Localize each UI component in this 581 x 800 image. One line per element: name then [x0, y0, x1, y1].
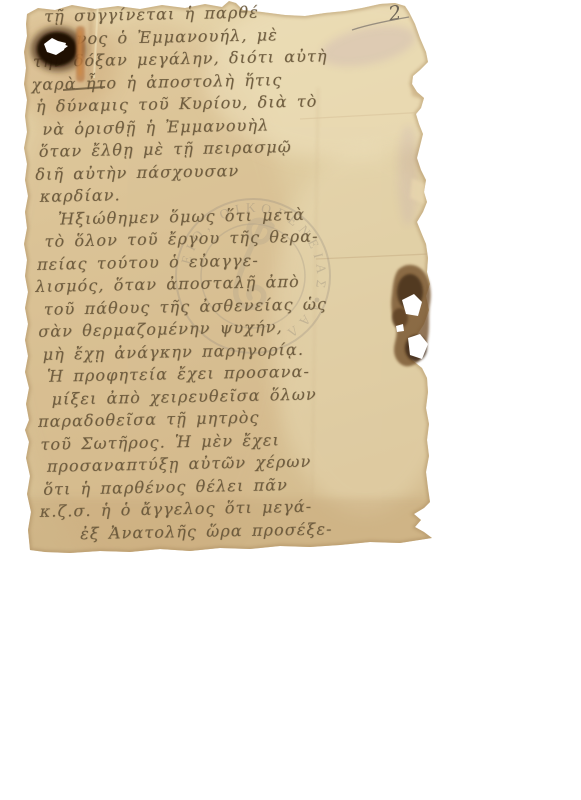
right-edge-damage: [391, 265, 431, 366]
strikethrough-mark: [63, 87, 105, 90]
page-number-underline: [352, 17, 409, 30]
manuscript-scan: ΕΙΟ, ΟΙΚΟΓΕΝΕΙΑΣ ΛΑΛ τῇ συγγίνεται ἡ παρ…: [0, 0, 581, 800]
rust-drip: [76, 26, 85, 82]
damage-overlay: [0, 0, 581, 800]
